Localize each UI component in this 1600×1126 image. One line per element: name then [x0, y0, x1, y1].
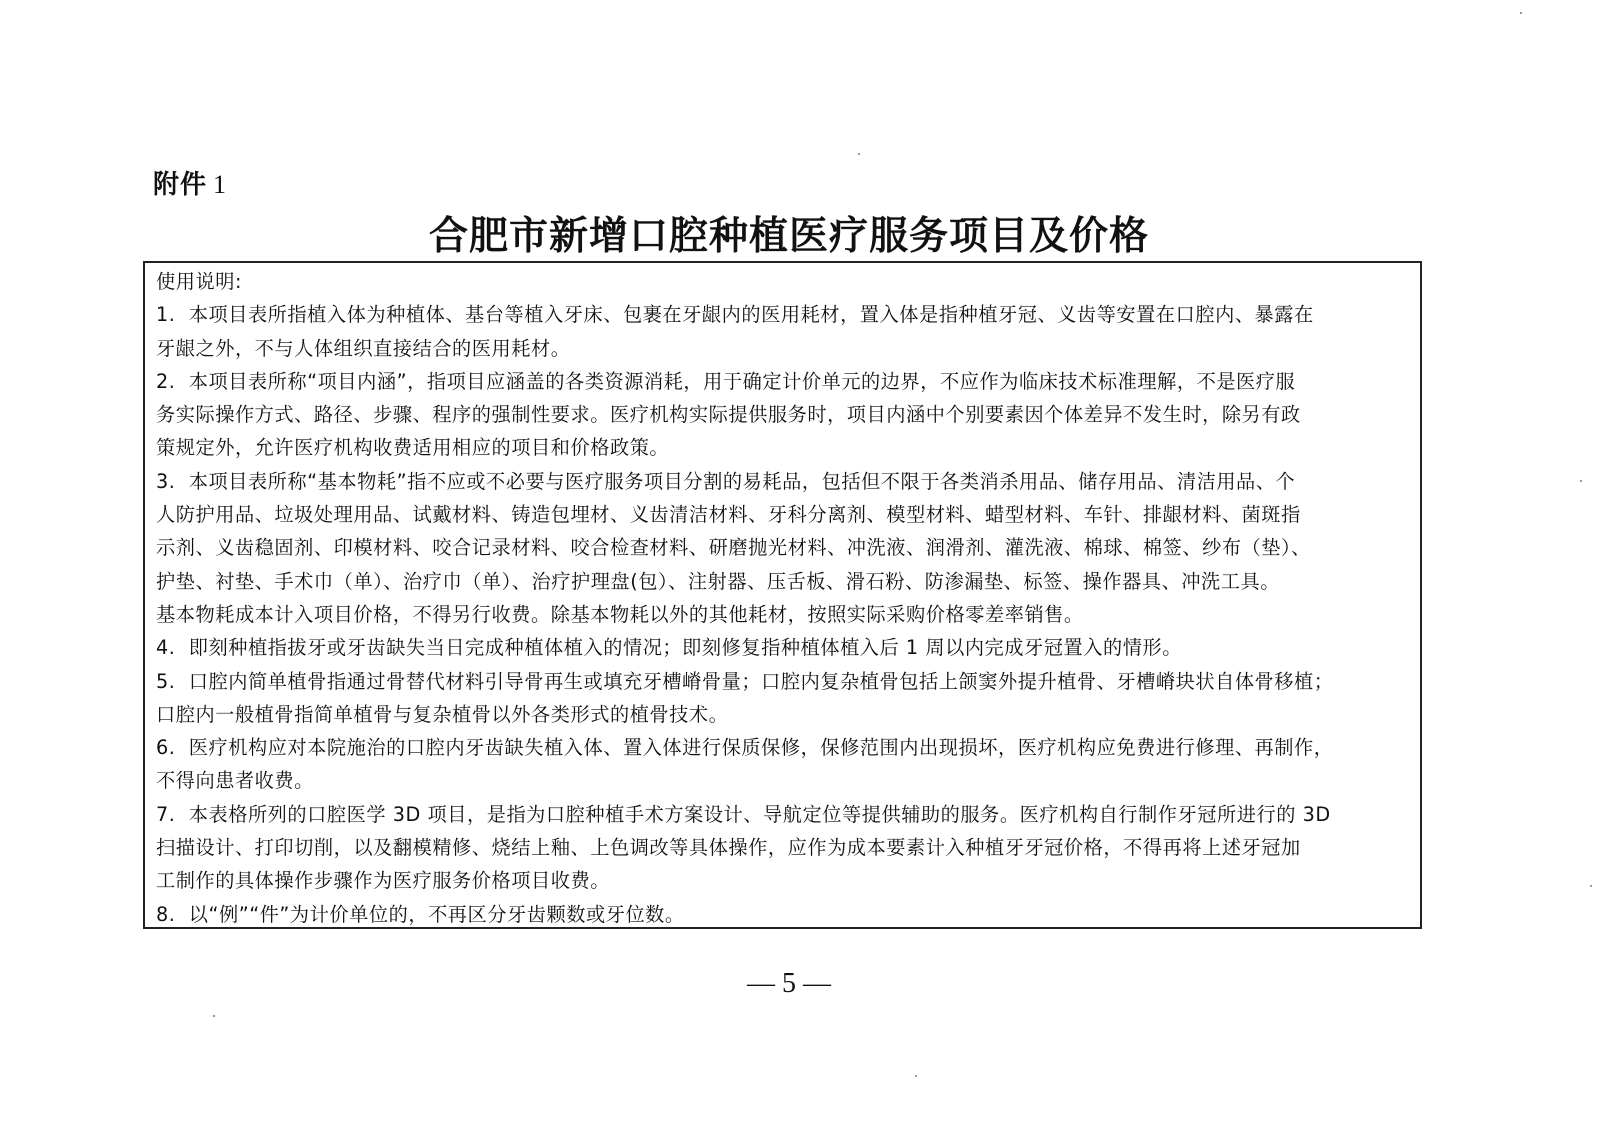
instruction-item-2: 2. 本项目表所称“项目内涵”，指项目应涵盖的各类资源消耗，用于确定计价单元的边…: [156, 365, 1412, 465]
instruction-line: 扫描设计、打印切削，以及翻模精修、烧结上釉、上色调改等具体操作，应作为成本要素计…: [156, 831, 1412, 864]
document-title: 合肥市新增口腔种植医疗服务项目及价格: [0, 205, 1578, 261]
attachment-number: 1: [213, 170, 227, 199]
instruction-item-3: 3. 本项目表所称“基本物耗”指不应或不必要与医疗服务项目分割的易耗品，包括但不…: [156, 465, 1412, 631]
instruction-line: 6. 医疗机构应对本院施治的口腔内牙齿缺失植入体、置入体进行保质保修，保修范围内…: [156, 731, 1412, 764]
instruction-line: 不得向患者收费。: [156, 764, 1412, 797]
instruction-line: 5. 口腔内简单植骨指通过骨替代材料引导骨再生或填充牙槽嵴骨量；口腔内复杂植骨包…: [156, 665, 1412, 698]
instruction-item-4: 4. 即刻种植指拔牙或牙齿缺失当日完成种植体植入的情况；即刻修复指种植体植入后 …: [156, 631, 1412, 664]
attachment-label: 附件1: [153, 164, 227, 201]
instruction-line: 4. 即刻种植指拔牙或牙齿缺失当日完成种植体植入的情况；即刻修复指种植体植入后 …: [156, 631, 1412, 664]
scan-speck: [1520, 12, 1522, 14]
instruction-line: 工制作的具体操作步骤作为医疗服务价格项目收费。: [156, 864, 1412, 897]
instruction-item-7: 7. 本表格所列的口腔医学 3D 项目，是指为口腔种植手术方案设计、导航定位等提…: [156, 798, 1412, 898]
instructions-heading: 使用说明:: [156, 265, 1412, 298]
instruction-line: 基本物耗成本计入项目价格，不得另行收费。除基本物耗以外的其他耗材，按照实际采购价…: [156, 598, 1412, 631]
instruction-line: 护垫、衬垫、手术巾（单）、治疗巾（单）、治疗护理盘(包）、注射器、压舌板、滑石粉…: [156, 565, 1412, 598]
page-number: — 5 —: [0, 968, 1578, 1000]
instruction-item-8: 8. 以“例”“件”为计价单位的，不再区分牙齿颗数或牙位数。: [156, 898, 1412, 931]
instruction-line: 7. 本表格所列的口腔医学 3D 项目，是指为口腔种植手术方案设计、导航定位等提…: [156, 798, 1412, 831]
instruction-line: 8. 以“例”“件”为计价单位的，不再区分牙齿颗数或牙位数。: [156, 898, 1412, 931]
instructions-box: 使用说明: 1. 本项目表所指植入体为种植体、基台等植入牙床、包裹在牙龈内的医用…: [143, 261, 1422, 929]
instruction-item-1: 1. 本项目表所指植入体为种植体、基台等植入牙床、包裹在牙龈内的医用耗材，置入体…: [156, 298, 1412, 365]
instruction-line: 人防护用品、垃圾处理用品、试戴材料、铸造包埋材、义齿清洁材料、牙科分离剂、模型材…: [156, 498, 1412, 531]
instruction-line: 策规定外，允许医疗机构收费适用相应的项目和价格政策。: [156, 431, 1412, 464]
scan-speck: [1590, 885, 1592, 887]
scan-speck: [213, 1015, 215, 1017]
instruction-line: 示剂、义齿稳固剂、印模材料、咬合记录材料、咬合检查材料、研磨抛光材料、冲洗液、润…: [156, 531, 1412, 564]
instruction-item-5: 5. 口腔内简单植骨指通过骨替代材料引导骨再生或填充牙槽嵴骨量；口腔内复杂植骨包…: [156, 665, 1412, 732]
instructions-content: 使用说明: 1. 本项目表所指植入体为种植体、基台等植入牙床、包裹在牙龈内的医用…: [156, 265, 1412, 931]
instruction-line: 务实际操作方式、路径、步骤、程序的强制性要求。医疗机构实际提供服务时，项目内涵中…: [156, 398, 1412, 431]
scan-speck: [915, 1075, 917, 1077]
instruction-item-6: 6. 医疗机构应对本院施治的口腔内牙齿缺失植入体、置入体进行保质保修，保修范围内…: [156, 731, 1412, 798]
instruction-line: 3. 本项目表所称“基本物耗”指不应或不必要与医疗服务项目分割的易耗品，包括但不…: [156, 465, 1412, 498]
attachment-label-text: 附件: [153, 170, 207, 200]
scan-speck: [1580, 480, 1582, 482]
instruction-line: 口腔内一般植骨指简单植骨与复杂植骨以外各类形式的植骨技术。: [156, 698, 1412, 731]
scan-speck: [858, 153, 860, 155]
instruction-line: 2. 本项目表所称“项目内涵”，指项目应涵盖的各类资源消耗，用于确定计价单元的边…: [156, 365, 1412, 398]
instruction-line: 牙龈之外，不与人体组织直接结合的医用耗材。: [156, 332, 1412, 365]
instruction-line: 1. 本项目表所指植入体为种植体、基台等植入牙床、包裹在牙龈内的医用耗材，置入体…: [156, 298, 1412, 331]
